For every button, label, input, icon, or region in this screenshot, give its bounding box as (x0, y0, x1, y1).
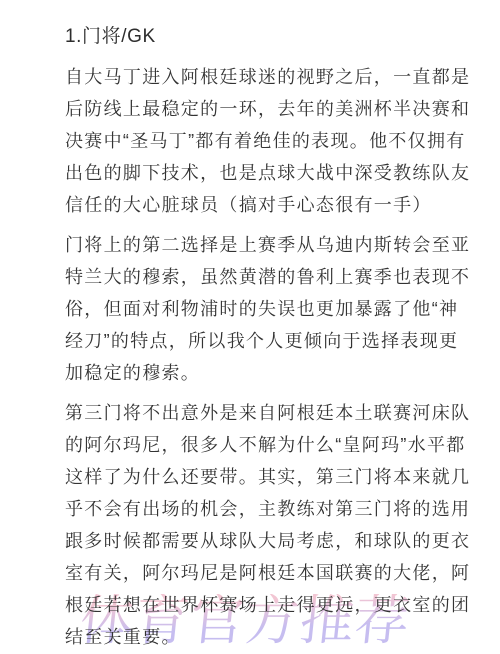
article-page: 1.门将/GK 自大马丁进入阿根廷球迷的视野之后，一直都是 后防线上最稳定的一环… (0, 0, 500, 653)
paragraph-3: 第三门将不出意外是来自阿根廷本土联赛河床队 的阿尔玛尼，很多人不解为什么“皇阿玛… (65, 397, 474, 653)
paragraph-1: 自大马丁进入阿根廷球迷的视野之后，一直都是 后防线上最稳定的一环，去年的美洲杯半… (65, 61, 474, 221)
section-heading: 1.门将/GK (65, 21, 474, 53)
paragraph-2: 门将上的第二选择是上赛季从乌迪内斯转会至亚 特兰大的穆索，虽然黄潜的鲁利上赛季也… (65, 229, 474, 389)
